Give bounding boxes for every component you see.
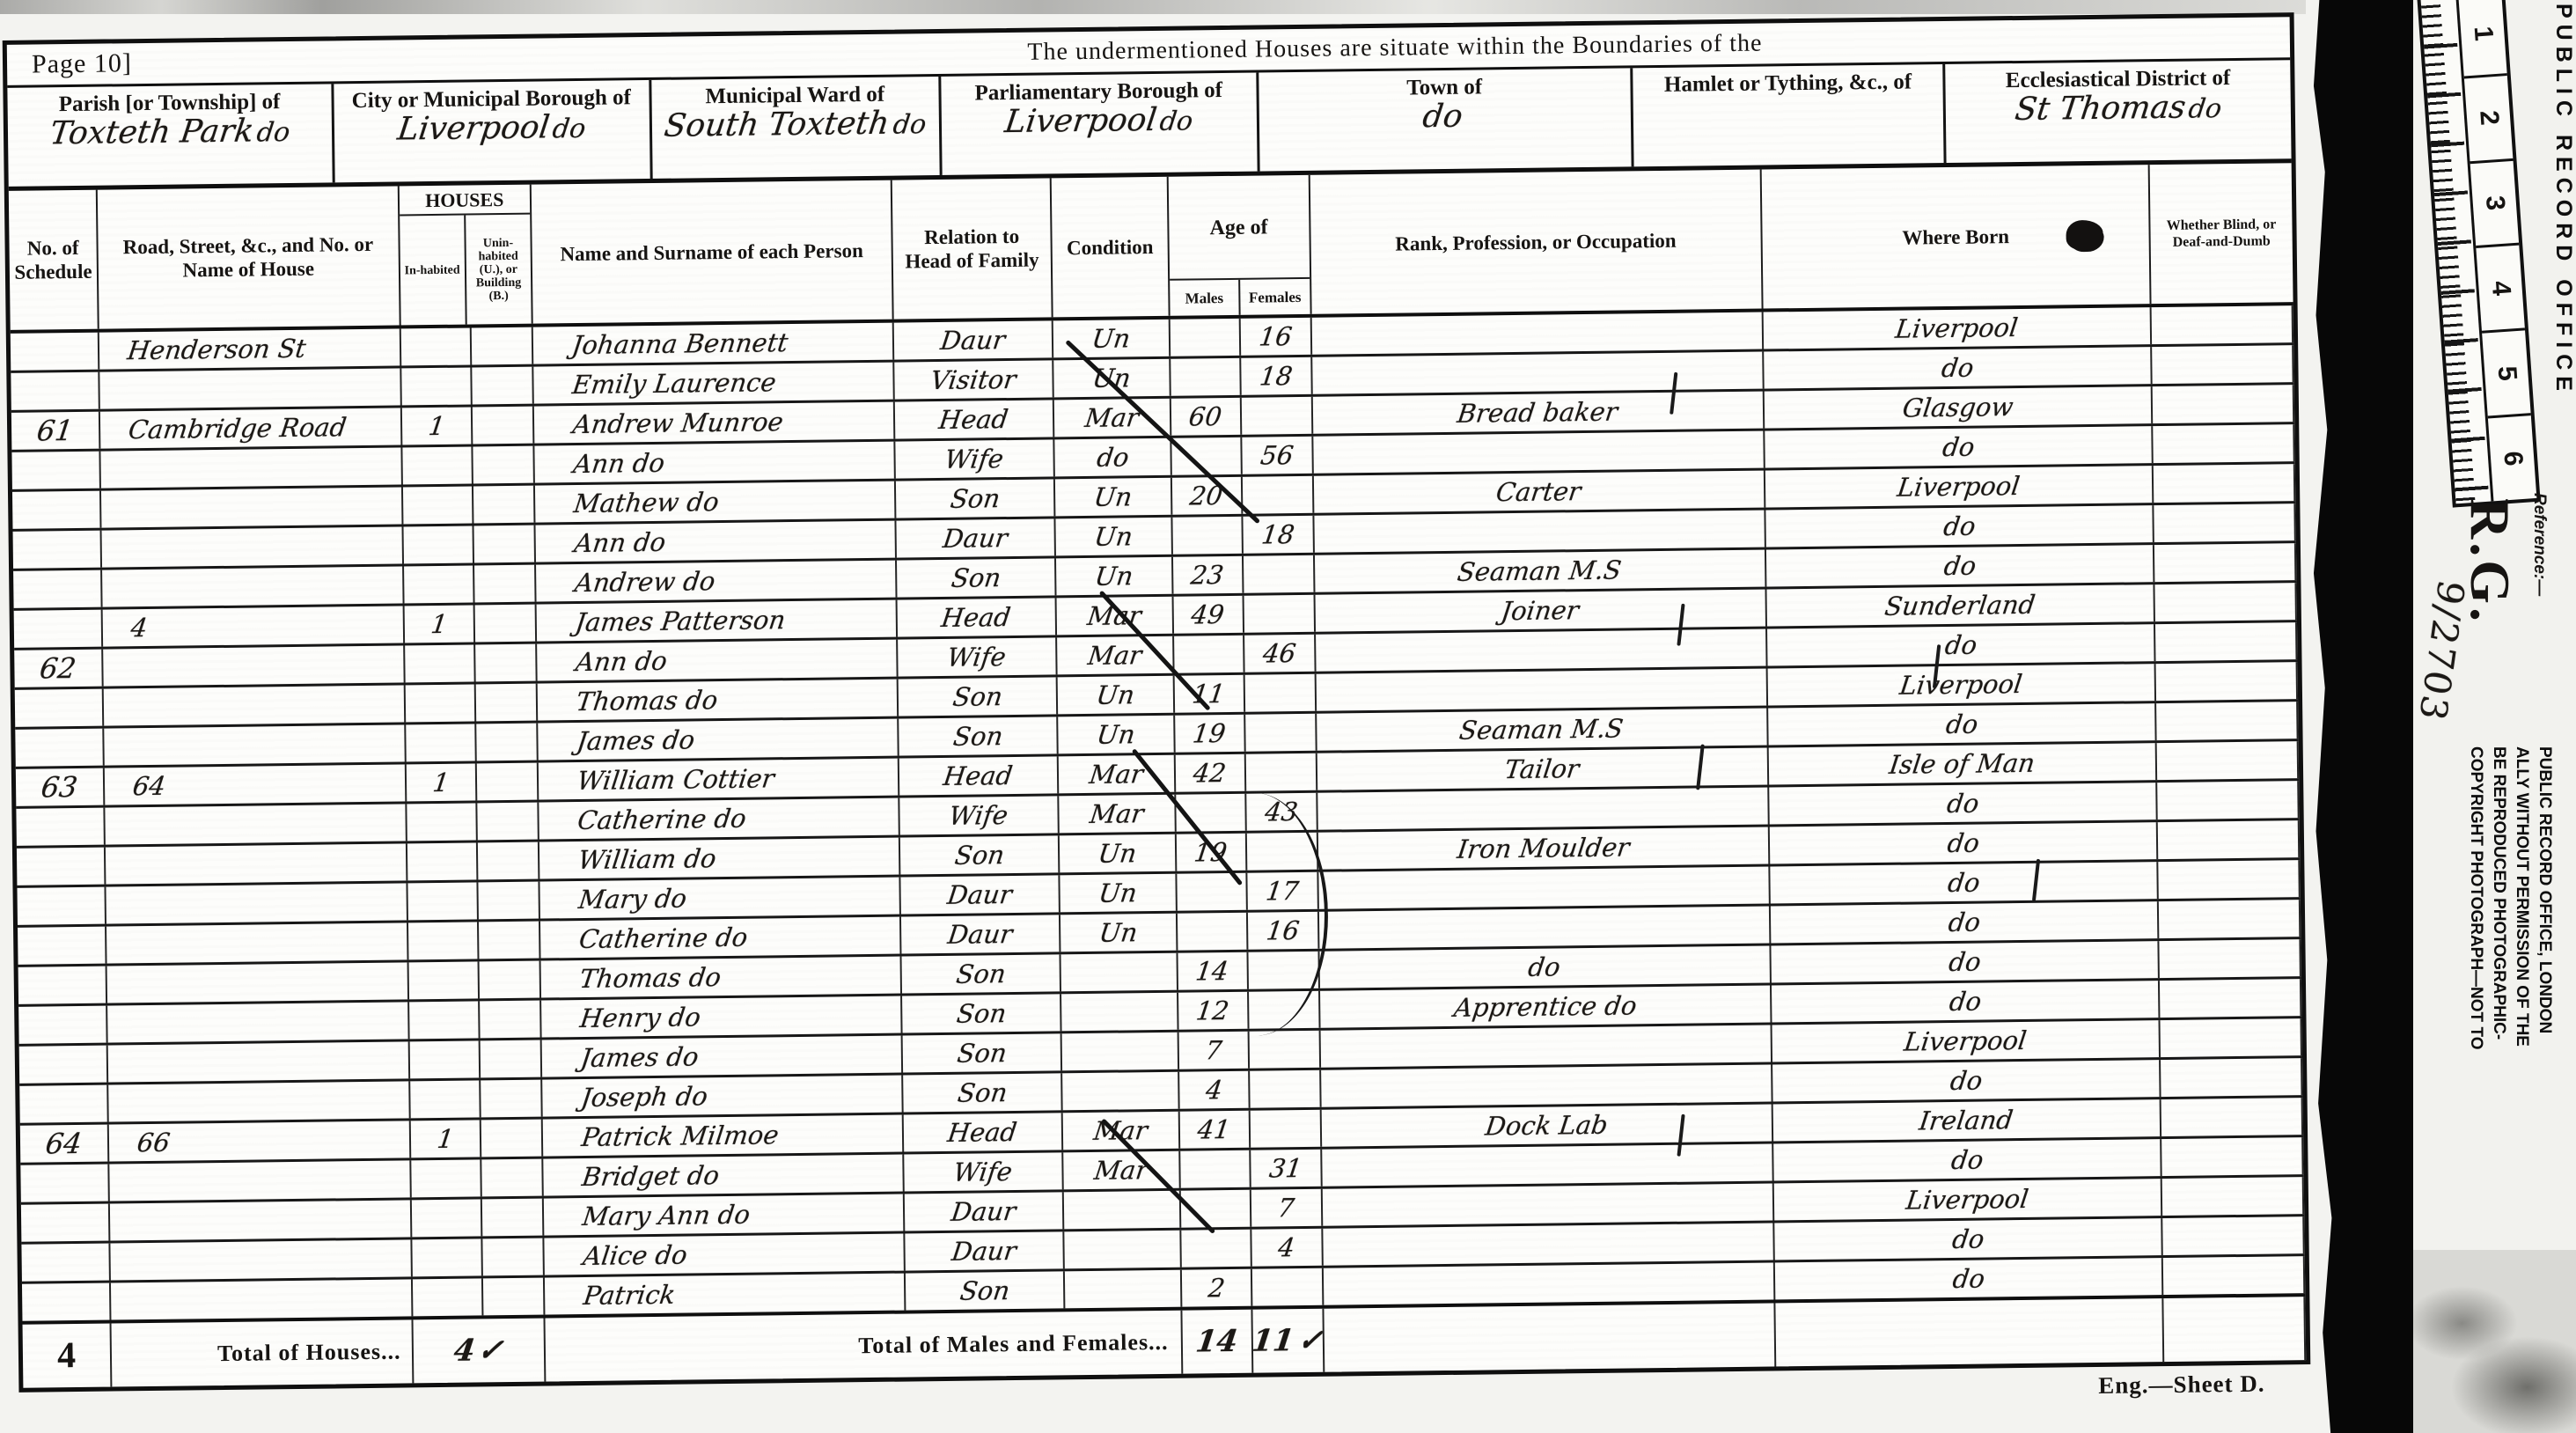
reference-number: 9/2703: [2411, 581, 2473, 722]
cell-age-male: 14: [1178, 952, 1249, 990]
cell-relation: Head: [904, 1113, 1064, 1151]
cell-blind: [2156, 702, 2298, 740]
cell-inhabited: [411, 1159, 482, 1197]
location-label: Hamlet or Tything, &c., of: [1633, 64, 1943, 98]
cell-name: Henry do: [541, 996, 902, 1038]
cell-name: William Cottier: [539, 759, 899, 800]
cell-uninhabited: [473, 446, 535, 484]
cell-occupation: Carter: [1313, 471, 1765, 513]
cell-schedule: [18, 1006, 108, 1044]
ruler: 123456: [2417, 0, 2541, 508]
cell-age-male: 23: [1173, 556, 1244, 594]
cell-relation: Visitor: [894, 360, 1054, 399]
location-header-cell: City or Municipal Borough of Liverpool d…: [334, 80, 652, 182]
cell-uninhabited: [480, 1001, 542, 1039]
cell-street: [107, 1002, 409, 1042]
cell-condition: Un: [1053, 320, 1171, 358]
cell-age-female: [1252, 1268, 1324, 1306]
cell-age-male: [1178, 913, 1249, 951]
cell-blind: [2157, 781, 2299, 819]
cell-inhabited: [403, 525, 474, 563]
cell-age-female: [1242, 397, 1313, 435]
copyright-stamp: COPYRIGHT PHOTOGRAPH—NOT TOBE REPRODUCED…: [2464, 746, 2556, 1134]
column-header-condition: Condition: [1052, 177, 1170, 318]
film-strip: [2306, 0, 2418, 1433]
cell-inhabited: [402, 446, 473, 484]
location-value: do: [1421, 99, 1465, 136]
cell-age-male: 41: [1179, 1111, 1251, 1149]
cell-street: Cambridge Road: [100, 408, 402, 448]
cell-schedule: [18, 966, 108, 1004]
cell-inhabited: [403, 486, 474, 524]
cell-schedule: [18, 927, 107, 965]
cell-age-female: 7: [1251, 1189, 1323, 1227]
column-header-uninhabited: Unin-habited (U.), or Building (B.): [466, 215, 532, 325]
cell-condition: [1061, 953, 1178, 992]
cell-schedule: [17, 848, 106, 886]
cell-age-male: 7: [1178, 1032, 1250, 1069]
cell-schedule: [11, 372, 100, 410]
cell-uninhabited: [480, 961, 542, 999]
cell-occupation: [1322, 1143, 1774, 1186]
cell-occupation: do: [1319, 945, 1772, 988]
cell-street: Henderson St: [99, 328, 401, 369]
cell-name: Johanna Bennett: [533, 323, 894, 364]
cell-inhabited: [405, 684, 476, 722]
cell-born: Sunderland: [1767, 584, 2155, 626]
cell-schedule: [14, 610, 104, 648]
cell-schedule: 64: [20, 1125, 110, 1163]
copyright-line: BE REPRODUCED PHOTOGRAPHIC-: [2487, 746, 2510, 1134]
cell-schedule: [11, 333, 100, 371]
census-sheet: Page 10] The undermentioned Houses are s…: [3, 12, 2311, 1393]
cell-schedule: [11, 452, 101, 489]
scan-artifact-top: [0, 0, 2306, 14]
total-schedule-count: 4: [23, 1324, 113, 1388]
cell-age-male: [1171, 358, 1242, 396]
cell-street: [107, 962, 409, 1003]
cell-condition: [1064, 1191, 1181, 1230]
cell-street: [108, 1041, 410, 1082]
cell-uninhabited: [474, 565, 537, 603]
cell-born: do: [1775, 1258, 2163, 1299]
cell-age-male: 4: [1179, 1071, 1251, 1109]
cell-relation: Daur: [905, 1231, 1065, 1270]
cell-inhabited: [410, 1080, 481, 1118]
column-header-age-group: Age of Males Females: [1168, 175, 1311, 316]
cell-relation: Head: [897, 598, 1057, 636]
location-value: Liverpool: [1002, 102, 1158, 140]
cell-schedule: [12, 491, 102, 529]
column-header-born: Where Born: [1762, 165, 2152, 308]
cell-name: Ann do: [535, 521, 896, 562]
location-value-ditto: do: [551, 114, 588, 145]
cell-occupation: [1318, 866, 1771, 908]
scan-artifact-corner: [2413, 1250, 2576, 1433]
location-value-ditto: do: [2187, 93, 2224, 125]
column-header-schedule: No. of Schedule: [9, 190, 99, 330]
cell-blind: [2158, 820, 2300, 859]
cell-age-female: [1250, 1070, 1321, 1108]
cell-uninhabited: [477, 803, 539, 841]
cell-schedule: [15, 689, 105, 727]
cell-inhabited: [406, 724, 477, 761]
cell-born: do: [1765, 426, 2153, 467]
copyright-line: COPYRIGHT PHOTOGRAPH—NOT TO: [2464, 746, 2487, 1134]
cell-occupation: [1323, 1223, 1775, 1265]
cell-inhabited: [407, 882, 479, 920]
cell-blind: [2160, 979, 2301, 1018]
cell-born: Liverpool: [1768, 664, 2156, 705]
cell-born: do: [1768, 703, 2156, 745]
cell-street: [99, 368, 401, 408]
column-header-females: Females: [1240, 279, 1310, 315]
cell-street: [104, 685, 406, 725]
cell-blind: [2153, 385, 2294, 423]
location-header-cell: Parish [or Township] of Toxteth Park do: [7, 84, 334, 187]
ruler-number: 4: [2477, 246, 2525, 334]
cell-occupation: [1323, 1262, 1775, 1304]
cell-born: Liverpool: [1764, 307, 2152, 349]
cell-street: 64: [105, 764, 407, 805]
cell-relation: Head: [899, 756, 1060, 795]
cell-condition: Un: [1056, 557, 1173, 596]
column-header-age: Age of: [1168, 175, 1309, 279]
location-header-cell: Hamlet or Tything, &c., of: [1633, 64, 1947, 166]
cell-inhabited: [408, 922, 480, 959]
cell-relation: Daur: [905, 1192, 1065, 1231]
cell-inhabited: 1: [404, 605, 475, 643]
cell-street: 66: [109, 1121, 411, 1161]
location-value: South Toxteth: [663, 106, 892, 144]
cell-relation: Daur: [900, 875, 1060, 914]
cell-name: Catherine do: [539, 798, 899, 840]
cell-born: do: [1764, 347, 2152, 388]
cell-relation: Son: [906, 1271, 1066, 1310]
cell-condition: Mar: [1057, 597, 1174, 636]
cell-age-female: 46: [1244, 635, 1316, 672]
cell-born: do: [1767, 624, 2155, 665]
cell-blind: [2154, 503, 2295, 542]
cell-uninhabited: [473, 525, 536, 563]
cell-street: [106, 883, 408, 923]
cell-condition: [1063, 1072, 1180, 1111]
cell-condition: Un: [1058, 676, 1175, 715]
margin-panel: 123456 PUBLIC RECORD OFFICE R.G. Referen…: [2413, 0, 2576, 1433]
cell-inhabited: 1: [401, 407, 473, 445]
cell-condition: Mar: [1063, 1112, 1180, 1150]
total-males-value: 14: [1182, 1310, 1253, 1374]
cell-blind: [2152, 345, 2293, 384]
cell-born: Liverpool: [1774, 1179, 2162, 1220]
cell-blind: [2159, 939, 2301, 978]
ruler-number: 5: [2483, 331, 2531, 419]
ruler-number: 6: [2488, 415, 2536, 501]
cell-uninhabited: [473, 486, 536, 524]
cell-age-male: [1180, 1150, 1251, 1188]
cell-name: Mary do: [539, 878, 900, 919]
cell-age-male: [1171, 437, 1243, 475]
cell-born: do: [1772, 1060, 2161, 1101]
cell-condition: Un: [1054, 359, 1171, 398]
column-header-row: No. of Schedule Road, Street, &c., and N…: [9, 163, 2293, 334]
cell-blind: [2163, 1256, 2305, 1295]
location-value: St Thomas: [2013, 90, 2188, 128]
cell-occupation: [1314, 511, 1766, 553]
cell-age-male: 42: [1175, 754, 1246, 792]
cell-occupation: [1318, 906, 1771, 948]
cell-uninhabited: [481, 1120, 544, 1157]
cell-born: Isle of Man: [1769, 743, 2157, 784]
cell-schedule: [15, 729, 105, 767]
cell-uninhabited: [481, 1159, 544, 1197]
cell-street: 4: [103, 606, 405, 646]
cell-street: [104, 724, 406, 765]
location-value: Toxteth Park: [48, 113, 255, 151]
location-value-ditto: do: [1158, 106, 1195, 137]
cell-born: Liverpool: [1765, 466, 2154, 507]
cell-name: William do: [539, 838, 900, 879]
cell-name: James Patterson: [537, 600, 898, 642]
cell-age-male: 2: [1182, 1269, 1253, 1307]
cell-condition: Un: [1055, 478, 1172, 517]
location-label: Town of: [1259, 68, 1631, 102]
census-scan: Page 10] The undermentioned Houses are s…: [0, 0, 2576, 1433]
location-value: Liverpool: [395, 109, 551, 147]
cell-inhabited: [400, 327, 472, 365]
cell-born: do: [1772, 981, 2160, 1022]
cell-name: Thomas do: [538, 680, 899, 721]
cell-street: [109, 1160, 411, 1201]
cell-street: [111, 1239, 413, 1280]
cell-relation: Wife: [899, 796, 1060, 834]
cell-relation: Son: [901, 954, 1061, 993]
cell-name: Catherine do: [540, 917, 901, 959]
cell-schedule: [16, 808, 106, 846]
cell-age-female: [1244, 595, 1316, 633]
cell-age-female: 16: [1241, 318, 1312, 356]
cell-street: [103, 645, 405, 686]
location-header-cell: Ecclesiastical District of St Thomas do: [1945, 60, 2291, 163]
column-header-name: Name and Surname of each Person: [532, 180, 894, 324]
cell-name: Thomas do: [541, 957, 902, 998]
cell-born: do: [1769, 783, 2157, 824]
cell-blind: [2161, 1018, 2302, 1057]
cell-street: [101, 487, 403, 527]
cell-occupation: [1320, 1025, 1772, 1067]
column-header-inhabited: In-habited: [400, 216, 467, 326]
cell-uninhabited: [479, 922, 541, 959]
cell-uninhabited: [473, 407, 535, 445]
cell-age-female: [1250, 1031, 1321, 1069]
cell-occupation: Joiner: [1315, 590, 1767, 632]
cell-schedule: [17, 887, 106, 925]
cell-relation: Daur: [896, 518, 1056, 557]
location-label: Parliamentary Borough of: [941, 73, 1256, 107]
cell-occupation: [1311, 312, 1764, 355]
cell-age-female: [1251, 1110, 1322, 1148]
cell-street: [106, 804, 407, 844]
cell-blind: [2161, 1137, 2303, 1176]
cell-relation: Son: [900, 835, 1060, 874]
copyright-line: ALLY WITHOUT PERMISSION OF THE: [2510, 746, 2533, 1134]
cell-blind: [2153, 424, 2294, 463]
cell-inhabited: [401, 367, 473, 405]
cell-name: Patrick: [545, 1274, 906, 1315]
ruler-number: 3: [2470, 160, 2519, 248]
cell-uninhabited: [483, 1278, 546, 1316]
ruler-number: 1: [2459, 0, 2507, 78]
column-header-houses: HOUSES: [399, 185, 530, 217]
cell-uninhabited: [472, 327, 534, 365]
cell-street: [102, 526, 404, 567]
cell-born: do: [1770, 822, 2158, 863]
cell-street: [102, 566, 404, 606]
cell-condition: [1061, 993, 1178, 1032]
cell-name: Alice do: [544, 1234, 905, 1275]
cell-schedule: [22, 1283, 112, 1321]
cell-born: do: [1766, 545, 2154, 586]
cell-relation: Son: [902, 994, 1062, 1032]
cell-blind: [2154, 464, 2295, 503]
total-houses-value: 4 ✓: [413, 1319, 546, 1384]
cell-condition: Un: [1060, 914, 1178, 952]
location-label: Parish [or Township] of: [7, 84, 331, 117]
cell-condition: [1065, 1270, 1182, 1309]
cell-condition: Un: [1059, 716, 1176, 754]
cell-uninhabited: [475, 605, 538, 643]
cell-uninhabited: [472, 367, 534, 405]
cell-name: Ann do: [534, 442, 895, 483]
cell-relation: Son: [899, 716, 1059, 755]
cell-condition: Un: [1060, 874, 1178, 913]
cell-relation: Wife: [898, 637, 1058, 676]
cell-occupation: [1313, 431, 1765, 474]
cell-born: do: [1772, 941, 2160, 982]
column-header-street: Road, Street, &c., and No. or Name of Ho…: [98, 186, 400, 328]
cell-occupation: [1322, 1183, 1774, 1225]
cell-inhabited: [412, 1238, 483, 1276]
cell-inhabited: 1: [406, 763, 477, 801]
cell-born: do: [1771, 901, 2159, 943]
cell-occupation: Dock Lab: [1321, 1104, 1773, 1146]
cell-inhabited: [405, 644, 476, 682]
cell-relation: Head: [895, 400, 1055, 438]
cell-blind: [2152, 305, 2293, 344]
check-mark: ✓: [1295, 1323, 1325, 1358]
cell-name: Mary Ann do: [544, 1194, 905, 1236]
cell-condition: Mar: [1060, 795, 1177, 834]
cell-occupation: [1317, 787, 1770, 829]
cell-schedule: [20, 1165, 110, 1202]
cell-relation: Son: [902, 1033, 1062, 1072]
column-header-houses-group: HOUSES In-habited Unin-habited (U.), or …: [399, 185, 532, 326]
banner-title: The undermentioned Houses are situate wi…: [1027, 30, 1762, 66]
cell-occupation: [1316, 629, 1768, 672]
cell-relation: Son: [898, 677, 1058, 716]
cell-uninhabited: [478, 882, 540, 920]
cell-born: Ireland: [1773, 1099, 2161, 1141]
cell-name: Bridget do: [543, 1155, 904, 1196]
cell-relation: Son: [903, 1073, 1063, 1112]
cell-schedule: 61: [11, 412, 101, 450]
total-males-females-label: Total of Males and Females...: [545, 1311, 1183, 1382]
check-mark: ✓: [476, 1333, 506, 1368]
cell-born: do: [1766, 505, 2154, 547]
cell-born: Glasgow: [1765, 386, 2153, 428]
cell-name: Emily Laurence: [533, 363, 894, 404]
cell-schedule: [21, 1244, 111, 1282]
cell-name: Patrick Milmoe: [543, 1115, 904, 1157]
sheet-label: Eng.—Sheet D.: [2098, 1371, 2265, 1400]
column-header-occupation: Rank, Profession, or Occupation: [1310, 170, 1764, 314]
cell-uninhabited: [481, 1080, 543, 1118]
cell-blind: [2155, 622, 2297, 661]
cell-inhabited: [409, 1040, 481, 1078]
cell-occupation: [1316, 669, 1768, 711]
location-value-ditto: do: [891, 109, 928, 141]
public-record-office-label: PUBLIC RECORD OFFICE: [2550, 4, 2576, 397]
cell-born: do: [1773, 1139, 2161, 1180]
cell-age-female: 18: [1241, 357, 1312, 395]
cell-condition: [1065, 1231, 1182, 1269]
location-header-cell: Town of do: [1259, 68, 1634, 171]
cell-blind: [2156, 662, 2298, 701]
cell-age-male: [1172, 517, 1244, 555]
cell-age-male: [1181, 1230, 1252, 1268]
cell-age-female: 56: [1242, 437, 1313, 474]
cell-relation: Daur: [901, 915, 1061, 953]
cell-uninhabited: [482, 1199, 545, 1237]
cell-age-female: 4: [1251, 1229, 1323, 1267]
cell-name: Andrew Munroe: [534, 402, 895, 444]
cell-name: Andrew do: [536, 561, 897, 602]
column-header-relation: Relation to Head of Family: [892, 178, 1053, 319]
cell-schedule: [13, 570, 103, 608]
cell-blind: [2157, 741, 2299, 780]
cell-blind: [2162, 1216, 2304, 1255]
cell-relation: Daur: [894, 320, 1054, 359]
cell-age-male: 12: [1178, 992, 1250, 1030]
page-label-cell: Page 10]: [7, 39, 501, 85]
cell-blind: [2154, 543, 2296, 582]
cell-name: Joseph do: [542, 1076, 903, 1117]
table-body: Henderson St Johanna Bennett Daur Un 16 …: [11, 305, 2306, 1325]
cell-condition: Mar: [1054, 399, 1171, 437]
cell-schedule: [13, 531, 103, 569]
cell-age-male: 49: [1173, 596, 1244, 634]
total-females-value: 11 ✓: [1253, 1309, 1325, 1373]
cell-blind: [2161, 1058, 2302, 1097]
cell-inhabited: [408, 961, 480, 999]
total-houses-label: Total of Houses...: [112, 1319, 414, 1386]
cell-uninhabited: [481, 1040, 543, 1078]
cell-street: [106, 843, 407, 884]
cell-born: Liverpool: [1772, 1020, 2161, 1062]
location-label: City or Municipal Borough of: [334, 80, 649, 114]
location-label: Ecclesiastical District of: [1945, 60, 2290, 94]
cell-relation: Wife: [904, 1152, 1064, 1191]
cell-uninhabited: [478, 842, 540, 880]
cell-inhabited: [407, 842, 478, 880]
cell-blind: [2161, 1098, 2303, 1136]
cell-schedule: [19, 1046, 109, 1084]
cell-schedule: [21, 1204, 111, 1242]
cell-street: [108, 1081, 410, 1121]
cell-age-female: [1246, 753, 1317, 791]
cell-condition: do: [1055, 438, 1172, 477]
copyright-line: PUBLIC RECORD OFFICE, LONDON: [2533, 746, 2556, 1134]
